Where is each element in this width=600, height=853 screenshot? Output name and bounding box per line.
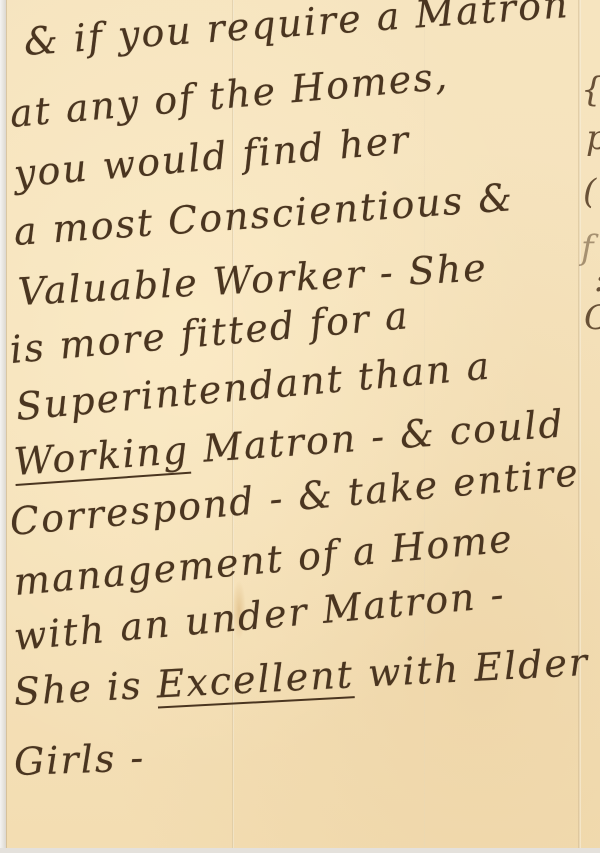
scan-bottom-border [0, 848, 600, 853]
margin-fragment: : [594, 260, 600, 300]
line-text: with Elder [353, 640, 590, 696]
margin-fragment: p [586, 118, 600, 158]
margin-fragment: C [584, 298, 600, 338]
margin-fragment: f [581, 228, 594, 268]
letter-page: & if you require a Matronat any of the H… [6, 0, 600, 848]
underlined-word: Working [12, 428, 190, 486]
line-text: She is [13, 663, 158, 714]
margin-fragment: ( [583, 172, 596, 212]
handwritten-line: Girls - [13, 735, 146, 784]
margin-fragment: { [581, 70, 600, 110]
handwritten-line: Valuable Worker - She [17, 245, 489, 314]
handwritten-line: & if you require a Matron [22, 0, 570, 64]
handwritten-text: & if you require a Matronat any of the H… [6, 0, 600, 848]
underlined-word: Excellent [155, 652, 355, 708]
